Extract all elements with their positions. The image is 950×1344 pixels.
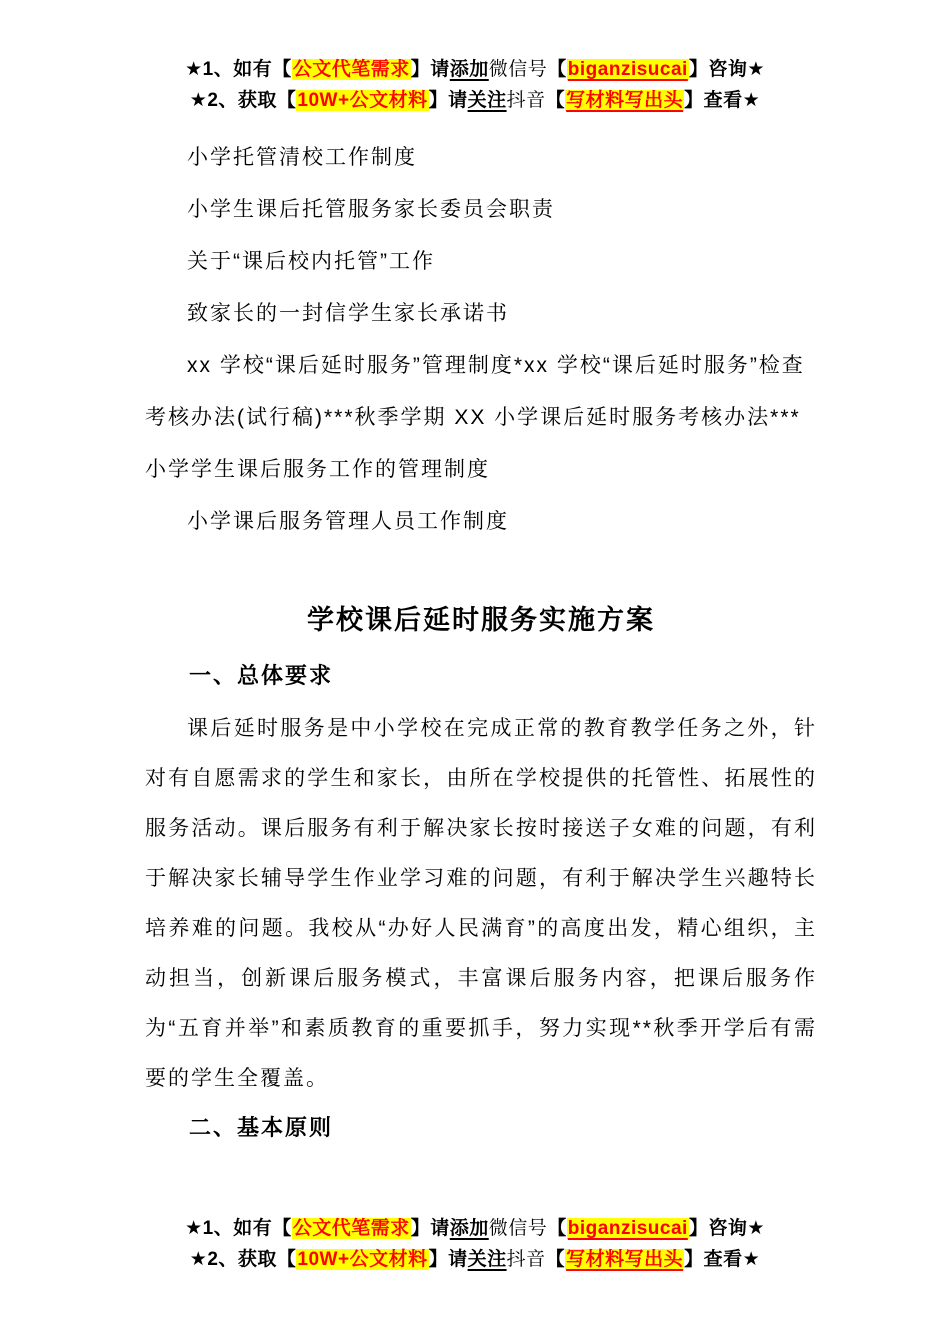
document-content: 小学托管清校工作制度 小学生课后托管服务家长委员会职责 关于“课后校内托管”工作… — [145, 118, 817, 1148]
promo-wechat-id: biganzisucai — [567, 1218, 689, 1239]
promo-header: ★1、如有【公文代笔需求】请添加微信号【biganzisucai】咨询★ ★2、… — [0, 54, 950, 116]
promo-header-line-2: ★2、获取【10W+公文材料】请关注抖音【写材料写出头】查看★ — [0, 85, 950, 116]
promo-text: 】查看★ — [684, 1249, 760, 1270]
promo-douyin-id: 写材料写出头 — [565, 90, 684, 111]
section-body-1: 课后延时服务是中小学校在完成正常的教育教学任务之外，针对有自愿需求的学生和家长，… — [145, 704, 817, 1104]
promo-text: 抖音 — [507, 1249, 546, 1270]
promo-text: ★2、获取【 — [190, 1249, 297, 1270]
promo-underlined-text: 添加 — [450, 1218, 489, 1239]
promo-text: 微信号 — [489, 1218, 548, 1239]
promo-underlined-text: 关注 — [468, 1249, 507, 1270]
promo-text: 】请 — [411, 59, 450, 80]
doc-list-item: 致家长的一封信学生家长承诺书 — [145, 288, 817, 340]
promo-text: 【 — [546, 90, 566, 111]
promo-text: 【 — [547, 59, 567, 80]
doc-list-item: xx 学校“课后延时服务”管理制度*xx 学校“课后延时服务”检查考核办法(试行… — [145, 340, 817, 496]
promo-text: ★2、获取【 — [190, 90, 297, 111]
promo-text: 微信号 — [489, 59, 548, 80]
promo-footer-line-1: ★1、如有【公文代笔需求】请添加微信号【biganzisucai】咨询★ — [0, 1213, 950, 1244]
document-page: ★1、如有【公文代笔需求】请添加微信号【biganzisucai】咨询★ ★2、… — [0, 0, 950, 1344]
promo-text: 【 — [547, 1218, 567, 1239]
promo-underlined-text: 添加 — [450, 59, 489, 80]
promo-text: 】请 — [411, 1218, 450, 1239]
promo-text: 】咨询★ — [689, 1218, 765, 1239]
promo-header-line-1: ★1、如有【公文代笔需求】请添加微信号【biganzisucai】咨询★ — [0, 54, 950, 85]
promo-text: ★1、如有【 — [185, 1218, 292, 1239]
promo-text: ★1、如有【 — [185, 59, 292, 80]
doc-list-item: 关于“课后校内托管”工作 — [145, 236, 817, 288]
promo-text: 【 — [546, 1249, 566, 1270]
promo-footer: ★1、如有【公文代笔需求】请添加微信号【biganzisucai】咨询★ ★2、… — [0, 1213, 950, 1275]
doc-list-item: 小学课后服务管理人员工作制度 — [145, 496, 817, 548]
promo-highlight: 10W+公文材料 — [296, 1249, 428, 1270]
promo-text: 】查看★ — [684, 90, 760, 111]
promo-highlight: 公文代笔需求 — [292, 59, 411, 80]
doc-list-item: 小学托管清校工作制度 — [145, 132, 817, 184]
doc-list-item: 小学生课后托管服务家长委员会职责 — [145, 184, 817, 236]
promo-wechat-id: biganzisucai — [567, 59, 689, 80]
promo-highlight: 10W+公文材料 — [296, 90, 428, 111]
section-heading-1: 一、总体要求 — [145, 656, 817, 696]
promo-underlined-text: 关注 — [468, 90, 507, 111]
promo-highlight: 公文代笔需求 — [292, 1218, 411, 1239]
promo-text: 】请 — [429, 1249, 468, 1270]
promo-footer-line-2: ★2、获取【10W+公文材料】请关注抖音【写材料写出头】查看★ — [0, 1244, 950, 1275]
section-heading-2: 二、基本原则 — [145, 1108, 817, 1148]
promo-text: 抖音 — [507, 90, 546, 111]
doc-title: 学校课后延时服务实施方案 — [145, 600, 817, 640]
promo-text: 】咨询★ — [689, 59, 765, 80]
promo-text: 】请 — [429, 90, 468, 111]
promo-douyin-id: 写材料写出头 — [565, 1249, 684, 1270]
